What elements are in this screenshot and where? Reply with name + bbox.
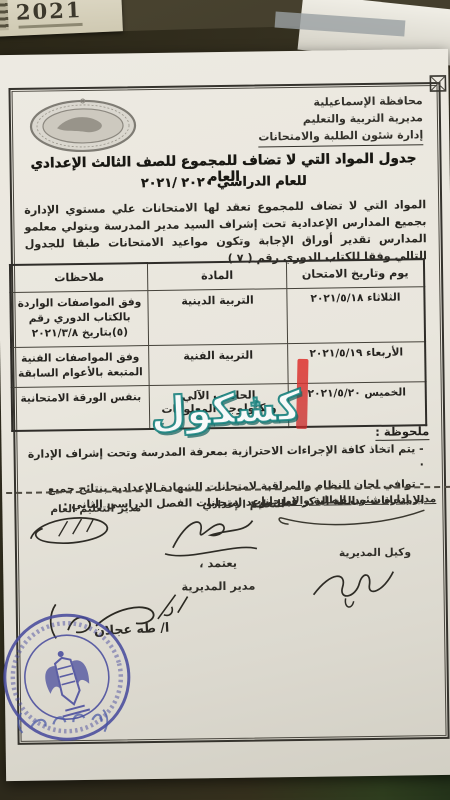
signature-scribble-exams-admin [274, 504, 434, 532]
org-header: محافظة الإسماعيلية مديرية التربية والتعل… [258, 92, 424, 147]
note-item: - يتم اتخاذ كافة الإجراءات الاحترازية بم… [25, 441, 423, 479]
signature-scribble-general-edu [20, 505, 121, 552]
cell-day-date: الثلاثاء ٢٠٢١/٥/١٨ [287, 286, 425, 343]
calendar-binding [0, 0, 9, 31]
org-line-admin: إدارة شئون الطلبة والامتحانات [258, 126, 423, 147]
cell-subject: التربية الفنية [149, 343, 289, 385]
corner-ornament [429, 75, 446, 92]
calendar-year: 2021 [15, 0, 82, 25]
cell-day-date: الخميس ٢٠٢١/٥/٢٠ [288, 381, 426, 427]
cell-subject: التربية الدينية [148, 288, 288, 345]
signature-scribble-deputy [303, 562, 400, 615]
stamp-scribble-blue [15, 702, 107, 739]
table-row: الأربعاء ٢٠٢١/٥/١٩ التربية الفنية وفق ال… [11, 341, 426, 387]
table-row: الثلاثاء ٢٠٢١/٥/١٨ التربية الدينية وفق ا… [10, 286, 425, 347]
document-paper: محافظة الإسماعيلية مديرية التربية والتعل… [0, 49, 450, 781]
table-row: الخميس ٢٠٢١/٥/٢٠ الحاسب الآلي وتكنولوجيا… [12, 381, 427, 431]
sig-label-deputy: وكيل المديرية [339, 546, 411, 559]
photo-scene: 2021 محافظة الإسماعيلية مديرية التربية و… [0, 0, 450, 800]
column-header-notes: ملاحظات [10, 263, 148, 292]
column-header-day-date: يوم وتاريخ الامتحان [286, 259, 424, 288]
cell-notes: وفق المواصفات الفنية المتبعة بالأعوام ال… [11, 345, 149, 387]
cell-notes: وفق المواصفات الواردة بالكتاب الدوري رقم… [10, 290, 148, 347]
exam-schedule-table: يوم وتاريخ الامتحان المادة ملاحظات الثلا… [9, 258, 427, 432]
watermark-red-bar [296, 359, 308, 429]
calendar-scrap: 2021 [0, 0, 123, 37]
signature-scribble-prep [160, 507, 261, 560]
cell-subject: الحاسب الآلي وتكنولوجيا المعلومات [149, 383, 289, 429]
cell-notes: بنفس الورقة الامتحانية [12, 385, 150, 431]
column-header-subject: المادة [147, 261, 286, 290]
directorate-logo [27, 97, 140, 155]
note-heading: ملحوظة : [375, 424, 429, 441]
